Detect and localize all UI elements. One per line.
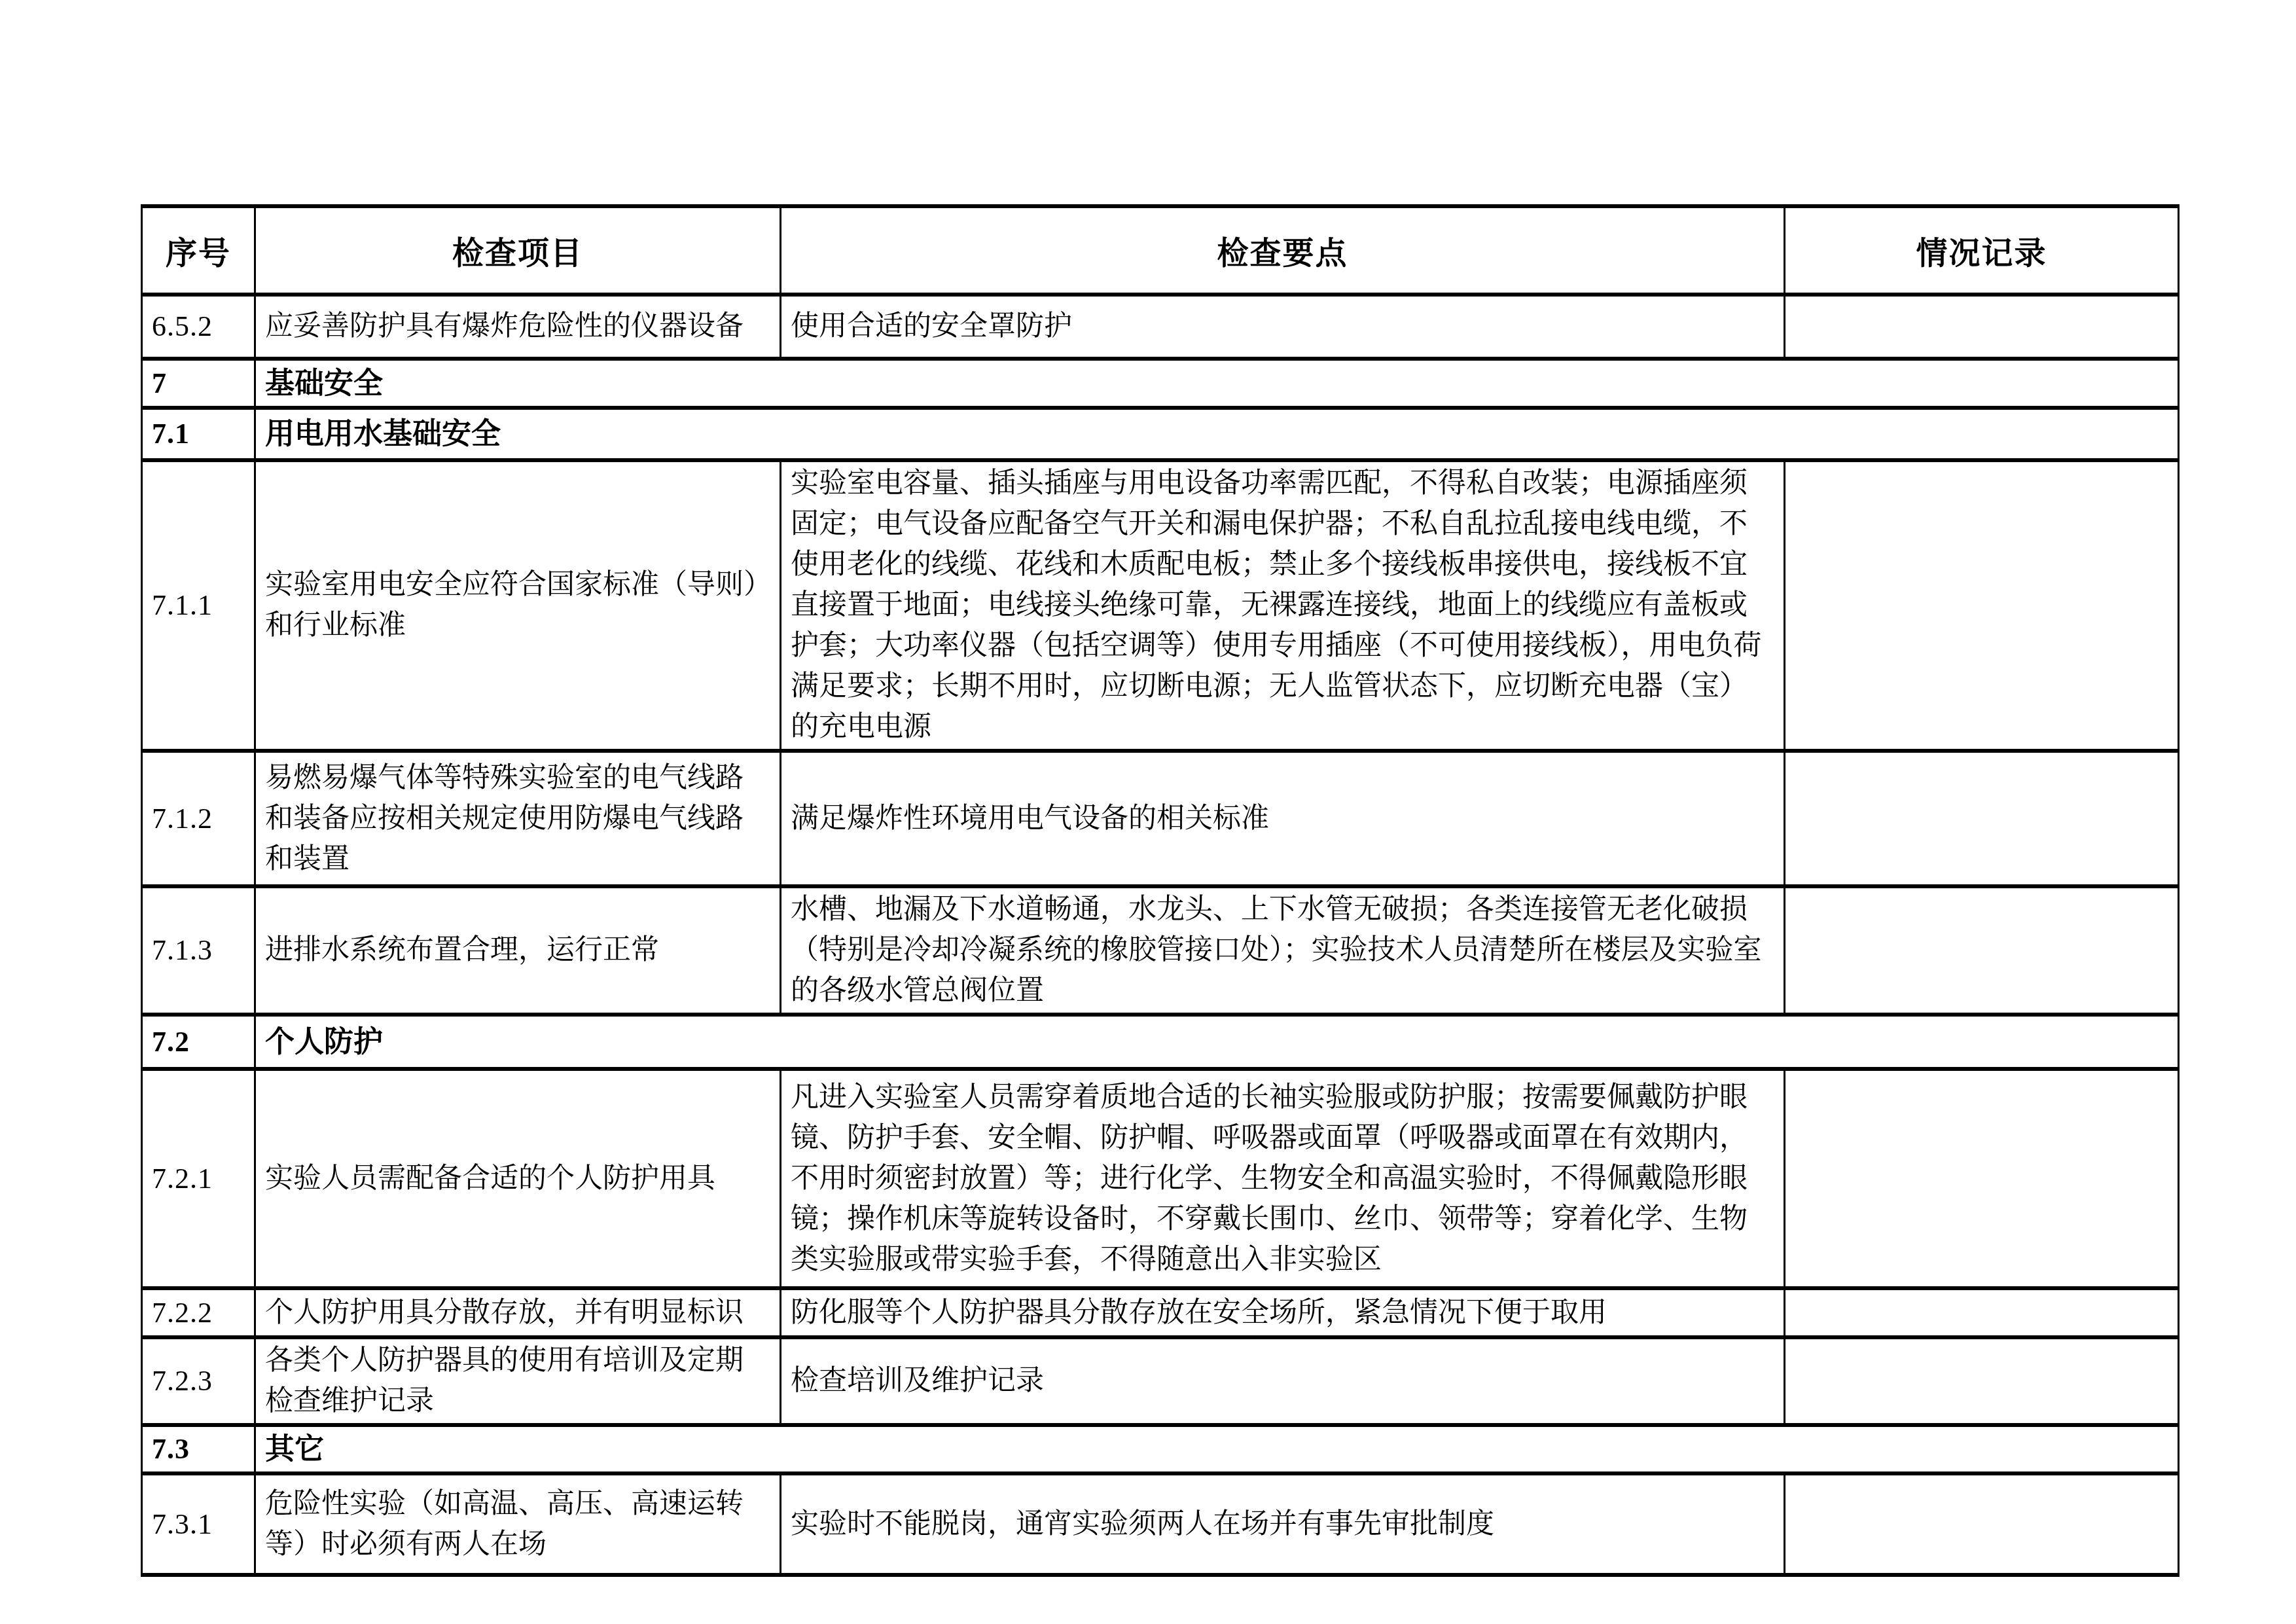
section-row: 7.3 其它 [142, 1425, 2179, 1473]
section-number: 7.1 [142, 408, 255, 460]
table-row: 7.2.1 实验人员需配备合适的个人防护用具 凡进入实验室人员需穿着质地合适的长… [142, 1069, 2179, 1288]
row-number: 7.1.1 [142, 460, 255, 751]
section-row: 7.1 用电用水基础安全 [142, 408, 2179, 460]
inspection-item-cell: 易燃易爆气体等特殊实验室的电气线路和装备应按相关规定使用防爆电气线路和装置 [255, 751, 781, 886]
inspection-item-cell: 危险性实验（如高温、高压、高速运转等）时必须有两人在场 [255, 1473, 781, 1575]
table-header-row: 序号 检查项目 检查要点 情况记录 [142, 206, 2179, 295]
row-number: 6.5.2 [142, 295, 255, 359]
section-row: 7.2 个人防护 [142, 1015, 2179, 1069]
record-cell [1785, 295, 2179, 359]
inspection-points-cell: 水槽、地漏及下水道畅通，水龙头、上下水管无破损；各类连接管无老化破损（特别是冷却… [781, 886, 1785, 1015]
section-title: 其它 [255, 1425, 2179, 1473]
table-row: 6.5.2 应妥善防护具有爆炸危险性的仪器设备 使用合适的安全罩防护 [142, 295, 2179, 359]
row-number: 7.1.2 [142, 751, 255, 886]
record-cell [1785, 1473, 2179, 1575]
record-cell [1785, 460, 2179, 751]
row-number: 7.1.3 [142, 886, 255, 1015]
header-no: 序号 [142, 206, 255, 295]
inspection-points-cell: 使用合适的安全罩防护 [781, 295, 1785, 359]
record-cell [1785, 886, 2179, 1015]
header-record: 情况记录 [1785, 206, 2179, 295]
inspection-item-cell: 各类个人防护器具的使用有培训及定期检查维护记录 [255, 1337, 781, 1425]
inspection-item-cell: 进排水系统布置合理，运行正常 [255, 886, 781, 1015]
header-item: 检查项目 [255, 206, 781, 295]
section-title: 用电用水基础安全 [255, 408, 2179, 460]
row-number: 7.2.3 [142, 1337, 255, 1425]
record-cell [1785, 751, 2179, 886]
record-cell [1785, 1069, 2179, 1288]
inspection-points-cell: 实验室电容量、插头插座与用电设备功率需匹配，不得私自改装；电源插座须固定；电气设… [781, 460, 1785, 751]
inspection-points-cell: 防化服等个人防护器具分散存放在安全场所，紧急情况下便于取用 [781, 1288, 1785, 1337]
inspection-item-cell: 个人防护用具分散存放，并有明显标识 [255, 1288, 781, 1337]
document-page: 序号 检查项目 检查要点 情况记录 6.5.2 应妥善防护具有爆炸危险性的仪器设… [0, 0, 2296, 1624]
inspection-item-cell: 应妥善防护具有爆炸危险性的仪器设备 [255, 295, 781, 359]
inspection-item-cell: 实验人员需配备合适的个人防护用具 [255, 1069, 781, 1288]
table-row: 7.2.3 各类个人防护器具的使用有培训及定期检查维护记录 检查培训及维护记录 [142, 1337, 2179, 1425]
section-number: 7 [142, 359, 255, 408]
table-row: 7.3.1 危险性实验（如高温、高压、高速运转等）时必须有两人在场 实验时不能脱… [142, 1473, 2179, 1575]
section-title: 个人防护 [255, 1015, 2179, 1069]
inspection-item-cell: 实验室用电安全应符合国家标准（导则）和行业标准 [255, 460, 781, 751]
inspection-points-cell: 凡进入实验室人员需穿着质地合适的长袖实验服或防护服；按需要佩戴防护眼镜、防护手套… [781, 1069, 1785, 1288]
record-cell [1785, 1288, 2179, 1337]
table-row: 7.1.1 实验室用电安全应符合国家标准（导则）和行业标准 实验室电容量、插头插… [142, 460, 2179, 751]
row-number: 7.3.1 [142, 1473, 255, 1575]
row-number: 7.2.1 [142, 1069, 255, 1288]
section-number: 7.2 [142, 1015, 255, 1069]
table-row: 7.1.3 进排水系统布置合理，运行正常 水槽、地漏及下水道畅通，水龙头、上下水… [142, 886, 2179, 1015]
section-number: 7.3 [142, 1425, 255, 1473]
row-number: 7.2.2 [142, 1288, 255, 1337]
section-title: 基础安全 [255, 359, 2179, 408]
section-row: 7 基础安全 [142, 359, 2179, 408]
inspection-checklist-table: 序号 检查项目 检查要点 情况记录 6.5.2 应妥善防护具有爆炸危险性的仪器设… [141, 204, 2179, 1577]
inspection-points-cell: 满足爆炸性环境用电气设备的相关标准 [781, 751, 1785, 886]
header-points: 检查要点 [781, 206, 1785, 295]
inspection-points-cell: 检查培训及维护记录 [781, 1337, 1785, 1425]
record-cell [1785, 1337, 2179, 1425]
table-row: 7.2.2 个人防护用具分散存放，并有明显标识 防化服等个人防护器具分散存放在安… [142, 1288, 2179, 1337]
inspection-points-cell: 实验时不能脱岗，通宵实验须两人在场并有事先审批制度 [781, 1473, 1785, 1575]
table-row: 7.1.2 易燃易爆气体等特殊实验室的电气线路和装备应按相关规定使用防爆电气线路… [142, 751, 2179, 886]
